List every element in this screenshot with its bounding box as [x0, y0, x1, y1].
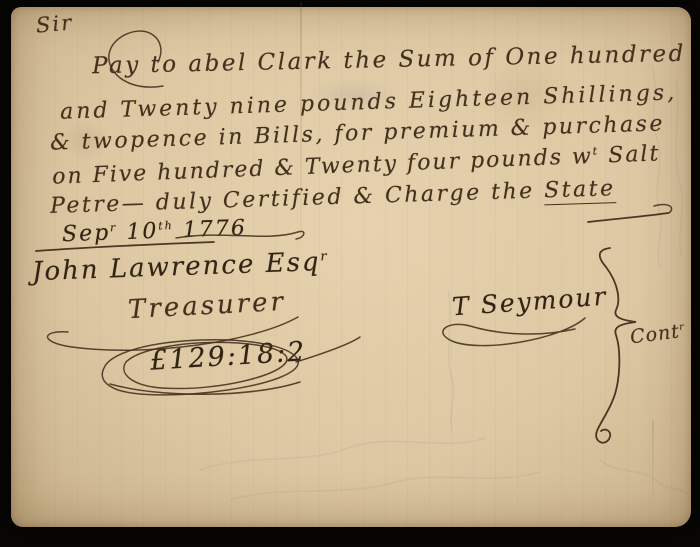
date-text: 10 [117, 219, 159, 245]
superscript-th: th [158, 219, 174, 233]
superscript-esq-r: r [320, 249, 329, 264]
superscript-contr-r: r [679, 321, 686, 333]
body-line-4-text: Salt [599, 141, 661, 168]
underlined-word-state: State [544, 176, 616, 205]
date-text: Sep [62, 221, 111, 248]
salutation: Sir [35, 10, 74, 37]
date-text: 1776 [174, 216, 248, 244]
paper-crease [652, 420, 654, 520]
photo-background: Sir Pay to abel Clark the Sum of One hun… [0, 0, 700, 547]
